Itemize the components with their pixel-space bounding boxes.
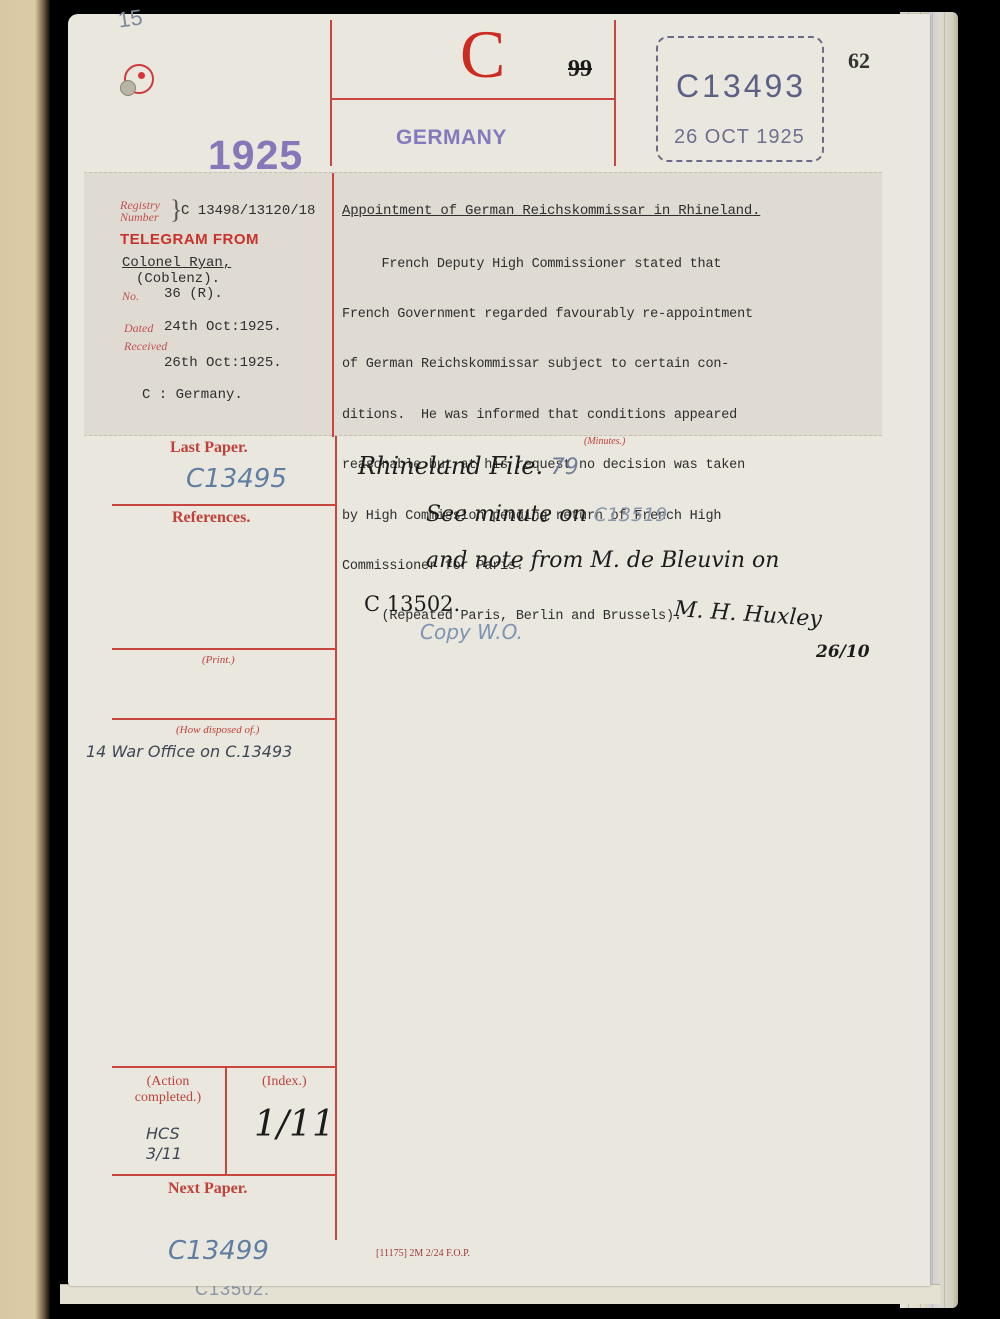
stack-edge-line <box>944 12 945 1308</box>
registry-label: Registry Number <box>120 199 160 223</box>
dated-value: 24th Oct:1925. <box>164 319 282 335</box>
rule-vertical-main <box>335 434 337 1240</box>
punch-hole <box>120 80 136 96</box>
struck-number: 99 <box>568 56 592 83</box>
dated-label: Dated <box>124 321 153 336</box>
minute-line-1: Rhineland File. 79 <box>358 452 579 480</box>
telegram-subject: Appointment of German Reichskommissar in… <box>342 203 760 219</box>
minute-text: Rhineland File. <box>358 452 543 480</box>
rule-vertical <box>330 20 332 166</box>
print-label: (Print.) <box>202 654 235 666</box>
last-paper-value: C13495 <box>186 464 287 494</box>
minute-reference: C13519 <box>594 504 668 526</box>
minute-line-2: See minute on C13519 <box>426 502 667 527</box>
body-line: ditions. He was informed that conditions… <box>342 408 862 425</box>
body-line: French Government regarded favourably re… <box>342 307 862 324</box>
rule-horizontal <box>112 504 335 506</box>
rule-horizontal <box>112 718 335 720</box>
sender-location: (Coblenz). <box>136 271 220 287</box>
stack-edge-line <box>932 12 933 1308</box>
how-disposed-value: 14 War Office on C.13493 <box>86 742 292 761</box>
registry-stamp-number: C13493 <box>676 68 806 105</box>
telegram-heading: TELEGRAM FROM <box>120 231 259 248</box>
minute-text: See minute on <box>426 502 587 527</box>
received-label: Received <box>124 339 167 354</box>
folio-number: 62 <box>848 48 870 74</box>
rule-vertical <box>332 173 334 437</box>
index-value: 1/11 <box>254 1104 335 1145</box>
left-facing-page <box>0 0 50 1319</box>
next-paper-value: C13499 <box>168 1236 269 1266</box>
minute-line-4: C 13502. <box>364 592 460 616</box>
last-paper-label: Last Paper. <box>170 439 248 457</box>
rule-horizontal <box>330 98 614 100</box>
minute-line-3: and note from M. de Bleuvin on <box>426 548 779 573</box>
file-reference: C : Germany. <box>142 387 243 403</box>
rule-horizontal <box>112 648 335 650</box>
telegram-slip: Registry Number } C 13498/13120/18 TELEG… <box>84 172 882 436</box>
copy-note: Copy W.O. <box>420 620 523 644</box>
registry-stamp-date: 26 OCT 1925 <box>674 126 805 149</box>
rule-horizontal <box>112 1174 335 1176</box>
minute-sheet: 15 1925 C 99 GERMANY C13493 26 OCT 1925 … <box>68 14 930 1286</box>
received-value: 26th Oct:1925. <box>164 355 282 371</box>
references-label: References. <box>172 509 250 527</box>
pencil-number: 15 <box>116 4 144 33</box>
telegram-number: 36 (R). <box>164 286 223 302</box>
registry-number: C 13498/13120/18 <box>181 203 315 219</box>
rule-vertical <box>614 20 616 166</box>
minutes-label: (Minutes.) <box>584 436 625 447</box>
index-label: (Index.) <box>262 1074 307 1090</box>
action-completed-value: HCS 3/11 <box>146 1124 196 1164</box>
underlying-sheet: C13502. <box>60 1284 940 1304</box>
department-letter: C <box>460 20 505 88</box>
registry-label-line: Number <box>120 211 160 223</box>
registry-stamp: C13493 26 OCT 1925 <box>656 36 824 162</box>
how-disposed-label: (How disposed of.) <box>176 724 259 736</box>
rule-horizontal <box>112 1066 335 1068</box>
printer-mark: [11175] 2M 2/24 F.O.P. <box>376 1248 470 1259</box>
rule-vertical <box>225 1068 227 1174</box>
number-label: No. <box>122 289 139 304</box>
sender-name: Colonel Ryan, <box>122 255 231 271</box>
file-number: 79 <box>551 455 579 480</box>
country-stamp: GERMANY <box>396 126 507 150</box>
red-dot <box>138 72 145 79</box>
body-line: French Deputy High Commissioner stated t… <box>342 257 862 274</box>
signature-date: 26/10 <box>816 642 870 662</box>
body-line: of German Reichskommissar subject to cer… <box>342 357 862 374</box>
action-completed-label: (Action completed.) <box>118 1074 218 1106</box>
next-paper-label: Next Paper. <box>168 1180 247 1198</box>
